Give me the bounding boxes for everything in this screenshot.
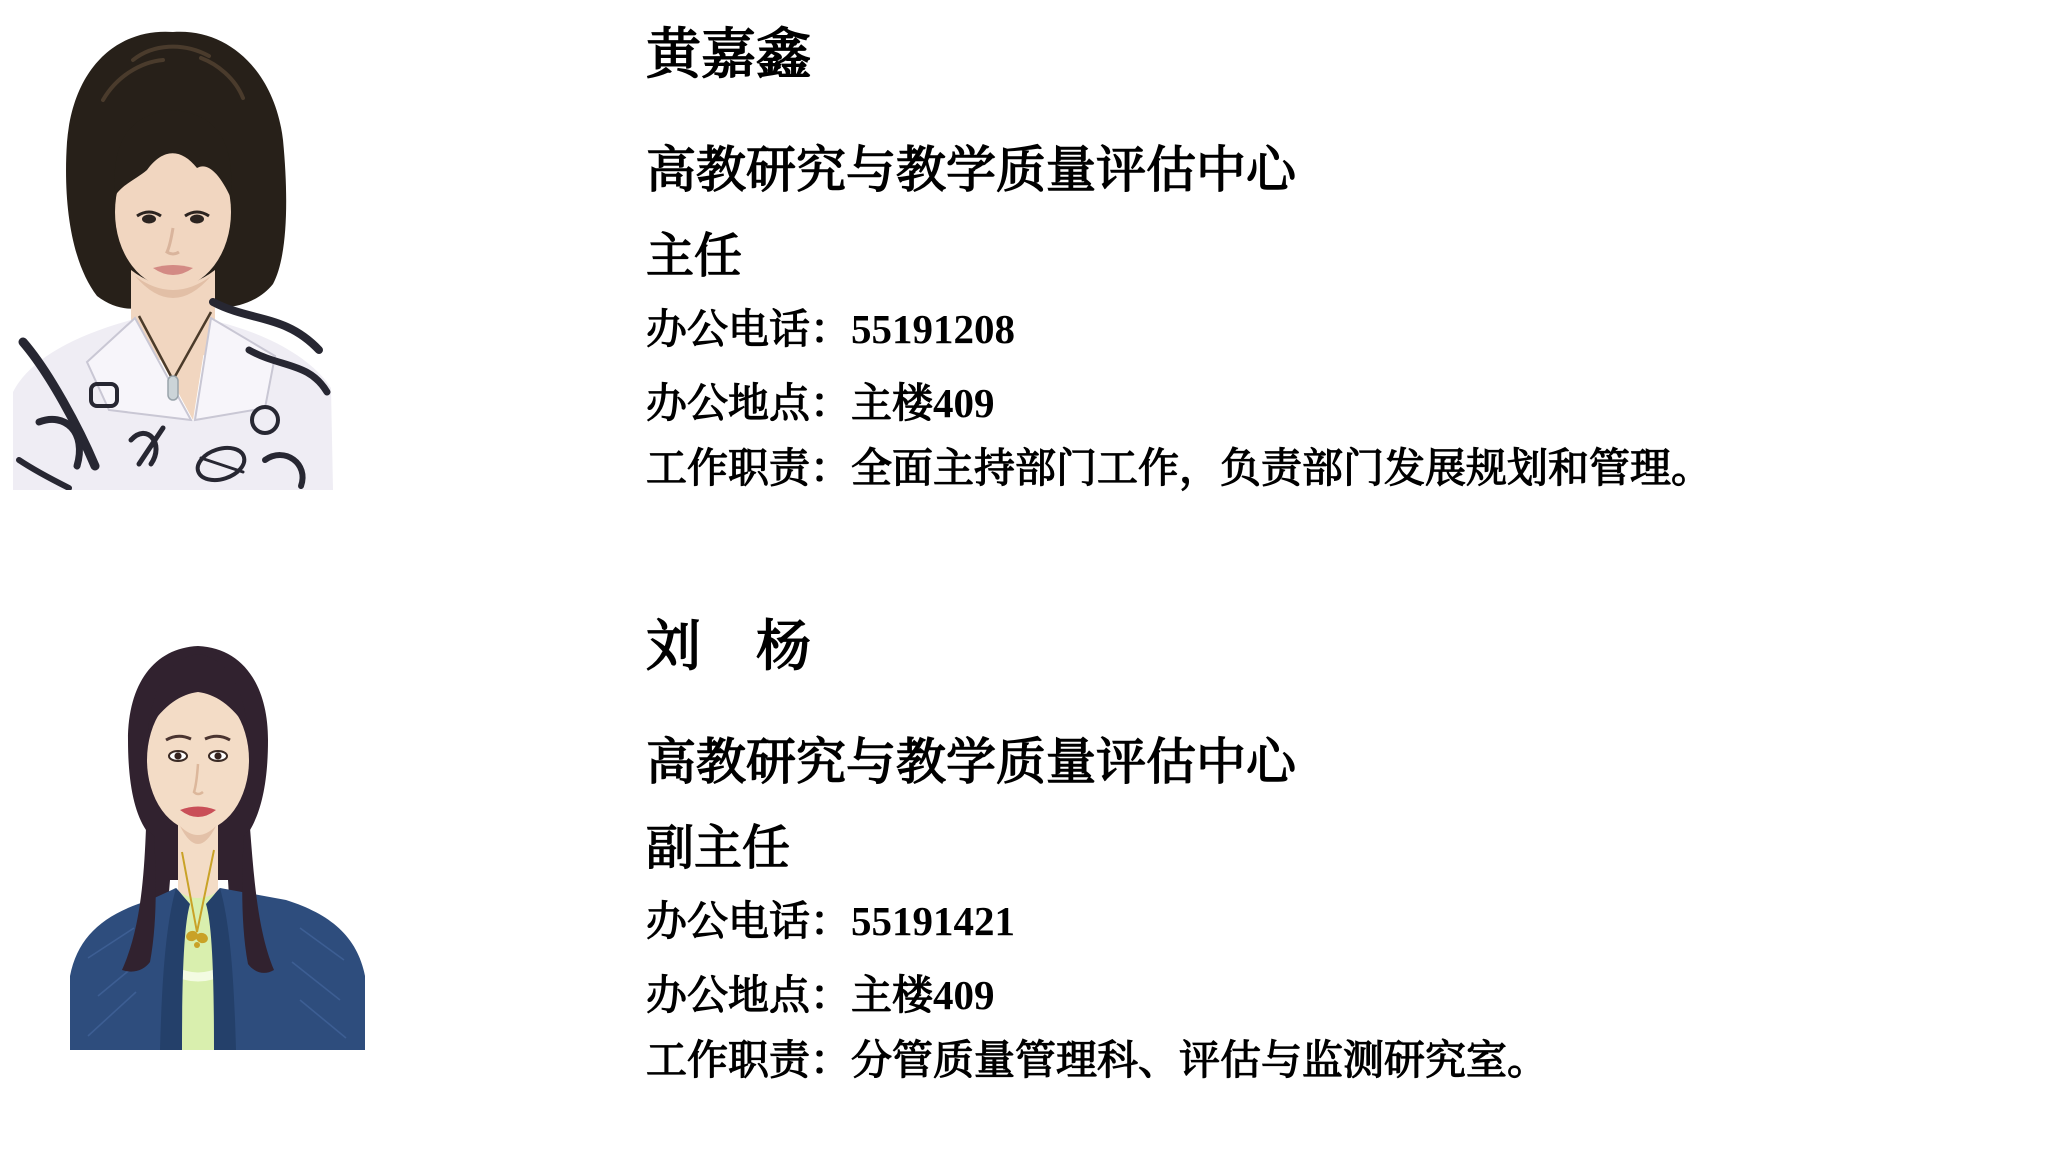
phone-value: 55191421 [851, 898, 1015, 944]
portrait-photo-illustration [13, 20, 333, 490]
location-label: 办公地点： [646, 380, 851, 426]
person-title: 副主任 [646, 822, 790, 876]
phone-label: 办公电话： [646, 306, 851, 352]
phone-row: 办公电话：55191421 [646, 899, 1015, 945]
necklace-pendant [168, 376, 178, 400]
duties-label: 工作职责： [646, 445, 851, 491]
location-value: 主楼409 [851, 972, 995, 1018]
duties-label: 工作职责： [646, 1037, 851, 1083]
phone-row: 办公电话：55191208 [646, 307, 1015, 353]
person-department: 高教研究与教学质量评估中心 [646, 734, 1296, 790]
person-department: 高教研究与教学质量评估中心 [646, 142, 1296, 198]
location-label: 办公地点： [646, 972, 851, 1018]
profile-card-2: 刘 杨 高教研究与教学质量评估中心 副主任 办公电话：55191421 办公地点… [0, 592, 2048, 1151]
duties-value: 分管质量管理科、评估与监测研究室。 [851, 1037, 1548, 1083]
phone-value: 55191208 [851, 306, 1015, 352]
duties-value: 全面主持部门工作，负责部门发展规划和管理。 [851, 445, 1712, 491]
person-title: 主任 [646, 230, 742, 284]
location-value: 主楼409 [851, 380, 995, 426]
location-row: 办公地点：主楼409 [646, 381, 995, 427]
person-name: 黄嘉鑫 [646, 24, 811, 86]
staff-directory-page: 黄嘉鑫 高教研究与教学质量评估中心 主任 办公电话：55191208 办公地点：… [0, 0, 2048, 1151]
profile-card-1: 黄嘉鑫 高教研究与教学质量评估中心 主任 办公电话：55191208 办公地点：… [0, 0, 2048, 560]
portrait-photo-illustration [70, 640, 365, 1050]
location-row: 办公地点：主楼409 [646, 973, 995, 1019]
profile-photo-1 [13, 20, 333, 490]
person-name: 刘 杨 [646, 616, 811, 678]
duties-row: 工作职责：全面主持部门工作，负责部门发展规划和管理。 [646, 446, 1712, 492]
duties-row: 工作职责：分管质量管理科、评估与监测研究室。 [646, 1038, 1548, 1084]
profile-photo-2 [70, 640, 365, 1050]
phone-label: 办公电话： [646, 898, 851, 944]
